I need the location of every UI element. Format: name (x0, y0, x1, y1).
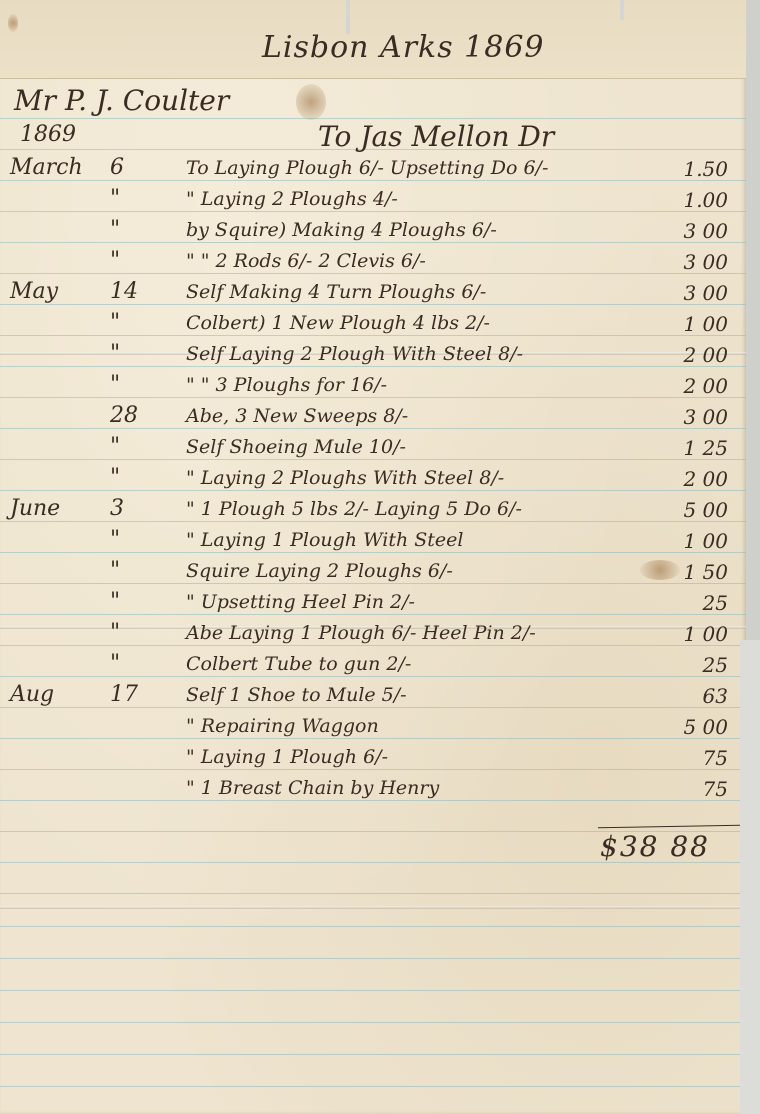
entry-amount: 2 00 (648, 467, 728, 491)
entry-description: " " 2 Rods 6/- 2 Clevis 6/- (186, 250, 426, 272)
document-heading: Lisbon Arks 1869 (262, 30, 545, 65)
entry-day: " (110, 310, 150, 335)
ledger-entry: " " " 3 Ploughs for 16/- 2 00 (0, 370, 746, 401)
entry-description: To Laying Plough 6/- Upsetting Do 6/- (186, 157, 548, 179)
entry-day: " (110, 527, 150, 552)
ledger-entry: " " Laying 2 Ploughs With Steel 8/- 2 00 (0, 463, 746, 494)
ledger-entry: " Laying 1 Plough 6/- 75 (0, 742, 746, 773)
entry-description: Squire Laying 2 Ploughs 6/- (186, 560, 453, 582)
ledger-entry: " Colbert Tube to gun 2/- 25 (0, 649, 746, 680)
ledger-paper: Lisbon Arks 1869 Mr P. J. Coulter 1869 T… (0, 0, 746, 1114)
entry-description: " Upsetting Heel Pin 2/- (186, 591, 415, 613)
ruled-line (0, 926, 746, 927)
entry-month: June (10, 496, 60, 521)
paper-tear (346, 0, 350, 34)
entry-day: 6 (110, 155, 150, 180)
entry-day: " (110, 589, 150, 614)
entry-amount: 3 00 (648, 281, 728, 305)
ledger-entry: " Squire Laying 2 Ploughs 6/- 1 50 (0, 556, 746, 587)
ink-stain (8, 14, 18, 32)
entry-description: " Laying 2 Ploughs With Steel 8/- (186, 467, 504, 489)
entry-amount: 3 00 (648, 405, 728, 429)
ledger-entry: May 14 Self Making 4 Turn Ploughs 6/- 3 … (0, 277, 746, 308)
ledger-entry: " Self Laying 2 Plough With Steel 8/- 2 … (0, 339, 746, 370)
ledger-entry: 28 Abe, 3 New Sweeps 8/- 3 00 (0, 401, 746, 432)
entry-day: 17 (110, 682, 150, 707)
account-year: 1869 (20, 122, 76, 147)
ledger-entry: " Repairing Waggon 5 00 (0, 711, 746, 742)
entry-day: " (110, 465, 150, 490)
entry-description: " Laying 2 Ploughs 4/- (186, 188, 398, 210)
ledger-entry: " " Laying 1 Plough With Steel 1 00 (0, 525, 746, 556)
entry-day: 3 (110, 496, 150, 521)
ledger-entry: March 6 To Laying Plough 6/- Upsetting D… (0, 153, 746, 184)
entry-description: " 1 Plough 5 lbs 2/- Laying 5 Do 6/- (186, 498, 522, 520)
ledger-entry: " Abe Laying 1 Plough 6/- Heel Pin 2/- 1… (0, 618, 746, 649)
torn-edge (740, 640, 760, 1114)
ledger-entry: " 1 Breast Chain by Henry 75 (0, 773, 746, 804)
entry-description: " " 3 Ploughs for 16/- (186, 374, 387, 396)
ledger-entry: " " Upsetting Heel Pin 2/- 25 (0, 587, 746, 618)
paper-tear (620, 0, 624, 20)
ink-stain (296, 84, 326, 120)
ruled-line (0, 1054, 746, 1055)
ledger-entry: " " " 2 Rods 6/- 2 Clevis 6/- 3 00 (0, 246, 746, 277)
ledger-entry: Aug 17 Self 1 Shoe to Mule 5/- 63 (0, 680, 746, 711)
entry-day: " (110, 651, 150, 676)
entry-description: " Laying 1 Plough 6/- (186, 746, 388, 768)
account-total: $38 88 (600, 830, 710, 863)
entry-amount: 25 (648, 653, 728, 677)
ruled-line (0, 118, 746, 119)
entry-month: Aug (10, 682, 54, 707)
entry-day: " (110, 186, 150, 211)
entry-amount: 75 (648, 746, 728, 770)
ledger-entry: " Colbert) 1 New Plough 4 lbs 2/- 1 00 (0, 308, 746, 339)
ledger-entry: " Self Shoeing Mule 10/- 1 25 (0, 432, 746, 463)
entry-description: " Repairing Waggon (186, 715, 379, 737)
entry-day: " (110, 217, 150, 242)
entry-amount: 63 (648, 684, 728, 708)
entry-day: " (110, 620, 150, 645)
entry-amount: 2 00 (648, 374, 728, 398)
entry-amount: 2 00 (648, 343, 728, 367)
total-rule (598, 825, 740, 828)
entry-amount: 1 00 (648, 622, 728, 646)
entry-description: Self 1 Shoe to Mule 5/- (186, 684, 407, 706)
entry-amount: 5 00 (648, 715, 728, 739)
entry-description: Colbert) 1 New Plough 4 lbs 2/- (186, 312, 490, 334)
ledger-entry: " " Laying 2 Ploughs 4/- 1.00 (0, 184, 746, 215)
creditor-line: To Jas Mellon Dr (318, 120, 554, 153)
entry-description: " Laying 1 Plough With Steel (186, 529, 463, 551)
addressee: Mr P. J. Coulter (14, 84, 229, 117)
entry-month: March (10, 155, 83, 180)
entry-description: by Squire) Making 4 Ploughs 6/- (186, 219, 497, 241)
entry-amount: 5 00 (648, 498, 728, 522)
entry-amount: 25 (648, 591, 728, 615)
entry-amount: 1 00 (648, 529, 728, 553)
entry-amount: 3 00 (648, 219, 728, 243)
entry-description: Self Shoeing Mule 10/- (186, 436, 406, 458)
entry-description: Self Making 4 Turn Ploughs 6/- (186, 281, 486, 303)
entry-day: 28 (110, 403, 150, 428)
entry-month: May (10, 279, 58, 304)
entry-day: " (110, 434, 150, 459)
paper-fold (0, 906, 746, 909)
entry-description: " 1 Breast Chain by Henry (186, 777, 439, 799)
entry-amount: 3 00 (648, 250, 728, 274)
ruled-line (0, 893, 746, 894)
entry-day: " (110, 558, 150, 583)
entry-amount: 75 (648, 777, 728, 801)
entry-amount: 1.00 (648, 188, 728, 212)
entry-description: Abe Laying 1 Plough 6/- Heel Pin 2/- (186, 622, 536, 644)
entry-day: " (110, 341, 150, 366)
entry-amount: 1 25 (648, 436, 728, 460)
entry-amount: 1 50 (648, 560, 728, 584)
entry-amount: 1.50 (648, 157, 728, 181)
ruled-line (0, 1022, 746, 1023)
entry-description: Self Laying 2 Plough With Steel 8/- (186, 343, 523, 365)
entry-day: 14 (110, 279, 150, 304)
ruled-line (0, 990, 746, 991)
ledger-entry: June 3 " 1 Plough 5 lbs 2/- Laying 5 Do … (0, 494, 746, 525)
ledger-entry: " by Squire) Making 4 Ploughs 6/- 3 00 (0, 215, 746, 246)
ruled-line (0, 958, 746, 959)
entry-day: " (110, 372, 150, 397)
entry-day: " (110, 248, 150, 273)
entry-description: Abe, 3 New Sweeps 8/- (186, 405, 408, 427)
entry-amount: 1 00 (648, 312, 728, 336)
ruled-line (0, 1086, 746, 1087)
entry-description: Colbert Tube to gun 2/- (186, 653, 411, 675)
